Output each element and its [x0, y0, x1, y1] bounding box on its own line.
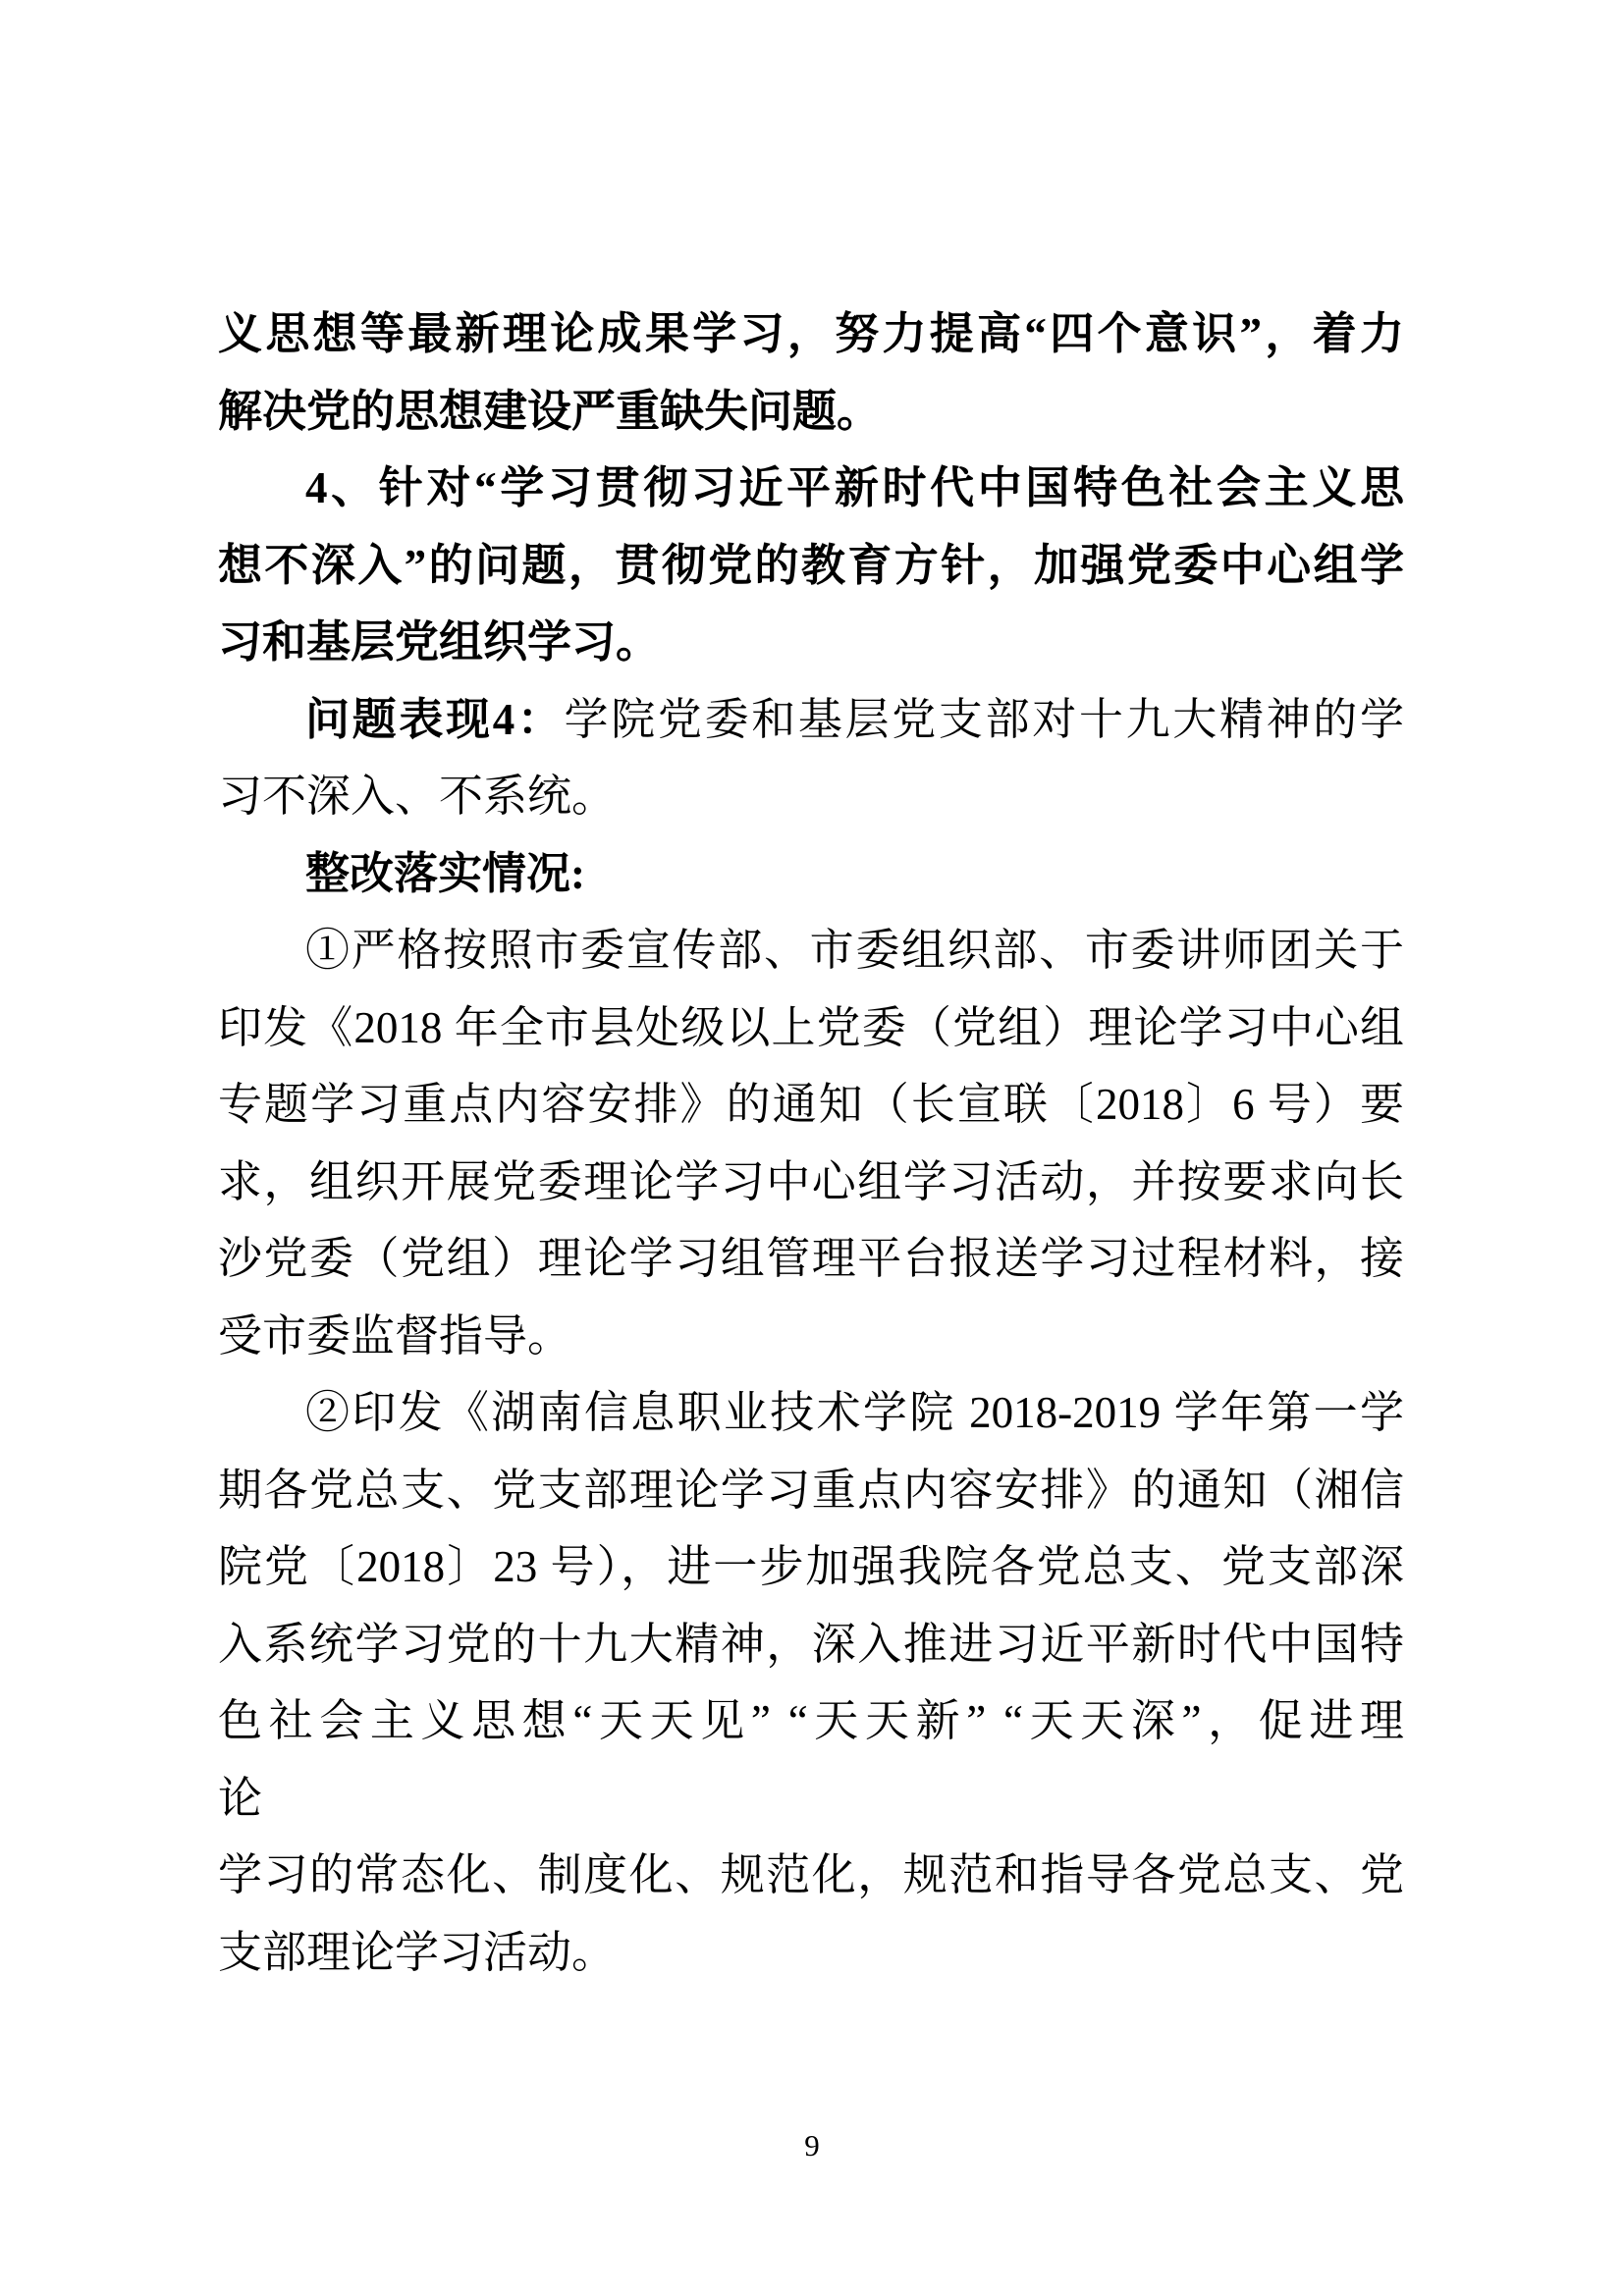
- text-line: 色社会主义思想“天天见” “天天新” “天天深”，促进理: [218, 1682, 1404, 1760]
- regular-segment: 支部理论学习活动。: [218, 1928, 616, 1977]
- regular-segment: 期各党总支、党支部理论学习重点内容安排》的通知（湘信: [218, 1466, 1404, 1515]
- text-line: 问题表现4：学院党委和基层党支部对十九大精神的学: [218, 681, 1404, 759]
- text-line: 义思想等最新理论成果学习，努力提高“四个意识”，着力: [218, 295, 1404, 373]
- regular-segment: 论: [218, 1774, 262, 1823]
- text-line: 解决党的思想建设严重缺失问题。: [218, 373, 1404, 451]
- text-line: 学习的常态化、制度化、规范化，规范和指导各党总支、党: [218, 1837, 1404, 1914]
- text-line: ①严格按照市委宣传部、市委组织部、市委讲师团关于: [218, 912, 1404, 989]
- text-line: 习不深入、不系统。: [218, 758, 1404, 835]
- regular-segment: 色社会主义思想“天天见” “天天新” “天天深”，促进理: [218, 1696, 1404, 1745]
- bold-segment: 习和基层党组织学习。: [218, 617, 660, 667]
- regular-segment: ①严格按照市委宣传部、市委组织部、市委讲师团关于: [305, 926, 1404, 975]
- bold-segment: 4、针对“学习贯彻习近平新时代中国特色社会主义思: [305, 463, 1404, 512]
- text-line: 习和基层党组织学习。: [218, 604, 1404, 681]
- regular-segment: 学习的常态化、制度化、规范化，规范和指导各党总支、党: [218, 1850, 1404, 1899]
- bold-segment: 问题表现4：: [305, 695, 565, 744]
- document-body: 义思想等最新理论成果学习，努力提高“四个意识”，着力 解决党的思想建设严重缺失问…: [218, 295, 1404, 1991]
- regular-segment: 求，组织开展党委理论学习中心组学习活动，并按要求向长: [218, 1157, 1404, 1206]
- page-number: 9: [0, 2126, 1624, 2165]
- regular-segment: 印发《2018 年全市县处级以上党委（党组）理论学习中心组: [218, 1003, 1404, 1052]
- text-line: 院党〔2018〕23 号），进一步加强我院各党总支、党支部深: [218, 1528, 1404, 1606]
- text-line: 印发《2018 年全市县处级以上党委（党组）理论学习中心组: [218, 989, 1404, 1067]
- bold-segment: 义思想等最新理论成果学习，努力提高“四个意识”，着力: [218, 309, 1404, 358]
- text-line: 支部理论学习活动。: [218, 1914, 1404, 1992]
- text-line: ②印发《湖南信息职业技术学院 2018-2019 学年第一学: [218, 1374, 1404, 1452]
- text-line: 求，组织开展党委理论学习中心组学习活动，并按要求向长: [218, 1144, 1404, 1221]
- text-line: 沙党委（党组）理论学习组管理平台报送学习过程材料，接: [218, 1220, 1404, 1298]
- regular-segment: 入系统学习党的十九大精神，深入推进习近平新时代中国特: [218, 1620, 1404, 1669]
- text-line: 论: [218, 1760, 1404, 1838]
- regular-segment: 沙党委（党组）理论学习组管理平台报送学习过程材料，接: [218, 1234, 1404, 1283]
- text-line: 入系统学习党的十九大精神，深入推进习近平新时代中国特: [218, 1606, 1404, 1683]
- regular-segment: 专题学习重点内容安排》的通知（长宣联〔2018〕6 号）要: [218, 1080, 1404, 1129]
- text-line: 期各党总支、党支部理论学习重点内容安排》的通知（湘信: [218, 1452, 1404, 1529]
- regular-segment: ②印发《湖南信息职业技术学院 2018-2019 学年第一学: [305, 1388, 1404, 1437]
- bold-segment: 整改落实情况:: [305, 849, 585, 898]
- regular-segment: 学院党委和基层党支部对十九大精神的学: [565, 695, 1404, 744]
- bold-segment: 解决党的思想建设严重缺失问题。: [218, 387, 881, 436]
- text-line: 受市委监督指导。: [218, 1298, 1404, 1375]
- regular-segment: 习不深入、不系统。: [218, 772, 616, 821]
- bold-segment: 想不深入”的问题，贯彻党的教育方针，加强党委中心组学: [218, 541, 1404, 590]
- text-line: 4、针对“学习贯彻习近平新时代中国特色社会主义思: [218, 450, 1404, 527]
- document-page: 义思想等最新理论成果学习，努力提高“四个意识”，着力 解决党的思想建设严重缺失问…: [0, 0, 1624, 2296]
- text-line: 整改落实情况:: [218, 835, 1404, 913]
- regular-segment: 受市委监督指导。: [218, 1311, 571, 1361]
- regular-segment: 院党〔2018〕23 号），进一步加强我院各党总支、党支部深: [218, 1542, 1404, 1591]
- text-line: 想不深入”的问题，贯彻党的教育方针，加强党委中心组学: [218, 527, 1404, 605]
- text-line: 专题学习重点内容安排》的通知（长宣联〔2018〕6 号）要: [218, 1066, 1404, 1144]
